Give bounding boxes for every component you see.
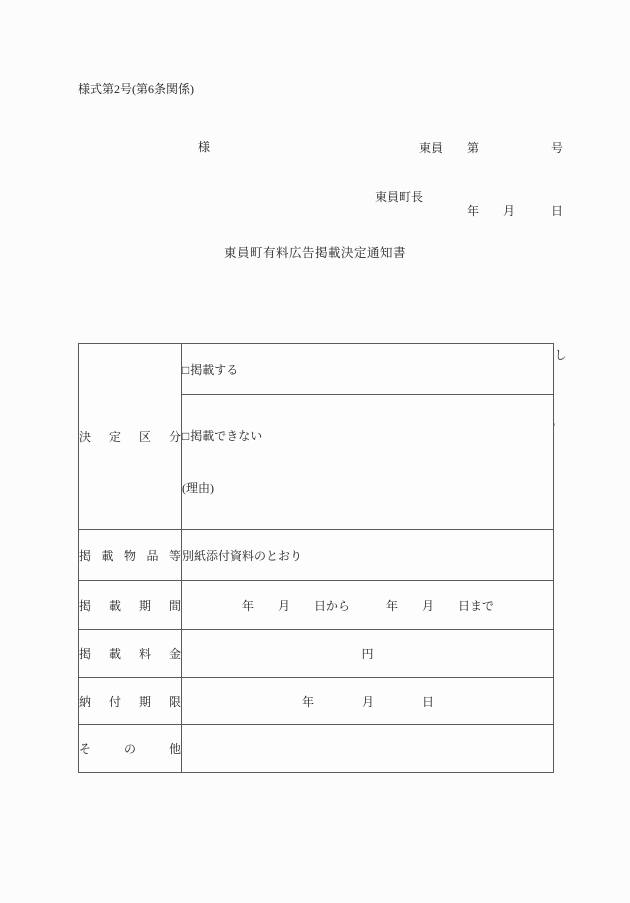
addressee-honorific: 様: [198, 140, 210, 155]
doc-reference-block: 東員 第 号 年 月 日: [419, 96, 563, 264]
form-number: 様式第2号(第6条関係): [78, 82, 194, 97]
row-label-fee: 掲載料金: [79, 630, 182, 678]
deadline-value: 年 月 日: [182, 678, 554, 725]
fee-value: 円: [182, 630, 554, 678]
other-value: [182, 725, 554, 773]
doc-number-line: 東員 第 号: [419, 138, 563, 159]
row-label-decision: 決定区分: [79, 344, 182, 530]
checkbox-publish-icon[interactable]: □: [182, 363, 189, 377]
row-label-other: その他: [79, 725, 182, 773]
document-page: 様式第2号(第6条関係) 東員 第 号 年 月 日 様 東員町長 東員町有料広告…: [0, 0, 630, 903]
table-row: 掲載期間 年 月 日から 年 月 日まで: [79, 581, 554, 630]
table-row: その他: [79, 725, 554, 773]
period-value: 年 月 日から 年 月 日まで: [182, 581, 554, 630]
document-title: 東員町有料広告掲載決定通知書: [0, 246, 630, 262]
row-label-period: 掲載期間: [79, 581, 182, 630]
doc-date-line: 年 月 日: [419, 201, 563, 222]
table-row: 掲載物品等 別紙添付資料のとおり: [79, 530, 554, 581]
checkbox-deny-icon[interactable]: □: [182, 429, 189, 443]
row-label-deadline: 納付期限: [79, 678, 182, 725]
decision-option-publish-label: 掲載する: [190, 363, 238, 377]
table-row: 決定区分 □掲載する: [79, 344, 554, 395]
sender-name: 東員町長: [375, 190, 423, 205]
row-label-items: 掲載物品等: [79, 530, 182, 581]
decision-table: 決定区分 □掲載する □掲載できない (理由) 掲載物品等 別紙添付資料のとおり…: [78, 343, 554, 773]
decision-deny-reason-label: (理由): [182, 477, 553, 499]
decision-option-deny: □掲載できない: [182, 425, 553, 447]
decision-option-deny-label: 掲載できない: [190, 429, 262, 443]
decision-option-deny-cell: □掲載できない (理由): [182, 395, 554, 530]
table-row: 掲載料金 円: [79, 630, 554, 678]
items-value: 別紙添付資料のとおり: [182, 530, 554, 581]
decision-option-publish-cell: □掲載する: [182, 344, 554, 395]
table-row: 納付期限 年 月 日: [79, 678, 554, 725]
